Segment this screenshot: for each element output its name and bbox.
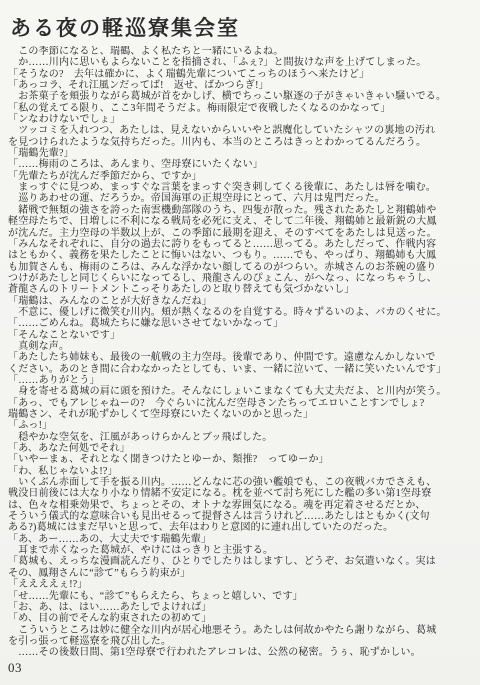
text-line: ある?)葛城にはまだ早いと思って、去年はわりと意図的に連れ出していたのだった。 (8, 522, 474, 533)
text-line: 「め、目の前でそんな約束されたの初めて」 (8, 613, 474, 624)
text-line: 「葛城も、えっちな漫画読んだり、ひとりでしたりはしますし、どうぞ、お気遣いなく。… (8, 556, 474, 567)
text-line: 「……ごめんね。葛城たちに嫌な思いさせてないかなって」 (8, 318, 474, 329)
text-line: 「せ……先輩にも、“診て”もらえたら、ちょっと嬉しい、です」 (8, 591, 474, 602)
text-line: 「ええええぇ!?」 (8, 579, 474, 590)
text-line: 「……ありがとう」 (8, 375, 474, 386)
text-line: 「ンなわけないでしょ」 (8, 114, 474, 125)
text-line: か……川内に思いもよらないことを指摘され、「ふぇ?」と間抜けな声を上げてしまった… (8, 57, 474, 68)
text-line: 「みんなそれぞれに、自分の過去に誇りをもってると……思ってる。あたしだって、作戦… (8, 239, 474, 250)
text-line: 「ふっ!」 (8, 420, 474, 431)
text-line: こういうところは妙に健全な川内が居心地悪そう。あたしは何故かやたら謝りながら、葛… (8, 625, 474, 636)
page-number: 03 (8, 660, 22, 676)
text-line: 「私の覚えてる限り、ここ3年間そうだよ。梅雨限定で夜戦したくなるのかなって」 (8, 103, 474, 114)
text-line: 「先輩たちが沈んだ季節だから、ですか」 (8, 171, 474, 182)
text-line: ください。あのとき間に合わなかったとしても、いま、一緒に泣いて、一緒に笑いたいん… (8, 364, 474, 375)
text-line: はともかく、義務を果たしたことに悔いはない、つもり。……でも、やっぱり、翔鶴姉も… (8, 250, 474, 261)
text-line: お茶菓子を頬張りながら葛城が首をかしげ、横でちっこい駆逐の子がきゃいきゃい騒いで… (8, 91, 474, 102)
text-line: 「あっコラ、それ江風ンだってば! 返せ、ばかつらぎ!」 (8, 80, 474, 91)
text-line: つけがあたしと同じくらいになってるし、飛龍さんのぴょこん、がへなっ、になっちゃう… (8, 273, 474, 284)
text-line: 「お、あ、は、はい……あたしでよければ」 (8, 602, 474, 613)
text-line: 「あ、あー……あの、大丈夫です瑞鶴先輩」 (8, 534, 474, 545)
text-line: いくぶん赤面して手を振る川内。……どんなに芯の強い艦娘でも、この夜戦バカでさえも… (8, 477, 474, 488)
text-line: 瑞鶴さン、それが恥ずかしくて空母寮にいたくないのかと思った」 (8, 409, 474, 420)
text-line: 穏やかな空気を、江風があっけらかんとブッ飛ばした。 (8, 432, 474, 443)
text-line: 戦没日前後には大なり小なり情緒不安定になる。枕を並べて討ち死にした艦の多い第1空… (8, 488, 474, 499)
text-line: を見つけられたような気持ちだった。川内も、本当のところはきっとわかってるんだろう… (8, 137, 474, 148)
text-line: 緒戦で無類の強さを誇った南雲機動部隊のうち、四隻が散った。残されたあたしと翔鶴姉… (8, 205, 474, 216)
story-text: この季節になると、瑞鶴、よく私たちと一緒にいるよね。 か……川内に思いもよらない… (8, 46, 474, 662)
text-line: 巡りあわせの運、だろうか。帝国海軍の正規空母にとって、六月は鬼門だった。 (8, 193, 474, 204)
text-line: 軽空母たちで、日増しに不利になる戦局を必死に支え、そして二年後、翔鶴姉と最新鋭の… (8, 216, 474, 227)
text-line: 「あっ、でもアレじゃねーの? 今ぐらいに沈んだ空母さンたちってエロいことすンでし… (8, 398, 474, 409)
text-line: を引っ張って軽巡寮を飛び出した。 (8, 636, 474, 647)
text-line: そういう儀式的な意味合いも見出せるって提督さんは言うけれど……あたしはともかく(… (8, 511, 474, 522)
text-line: が沈んだ。主力空母の半数以上が、この季節に最期を迎え、そのすべてをあたしは見送っ… (8, 228, 474, 239)
text-line: 「瑞鶴は、みんなのことが大好きなんだね」 (8, 296, 474, 307)
text-line: 不意に、優しげに微笑む川内。頬が熱くなるのを自覚する。時々ずるいのよ、バカのくせ… (8, 307, 474, 318)
text-line: 真剣な声。 (8, 341, 474, 352)
text-line: 「あ、あなた何処でそれ」 (8, 443, 474, 454)
text-line: ……その後数日間、第1空母寮で行われたアレコレは、公然の秘密。うぅ、恥ずかしい。 (8, 647, 474, 658)
text-line: その、鳳翔さんに“診て”もらう約束が」 (8, 568, 474, 579)
text-line: この季節になると、瑞鶴、よく私たちと一緒にいるよね。 (8, 46, 474, 57)
text-line: 「いやーまぁ、それとなく聞きつけたとゆーか、類推? ってゆーか」 (8, 454, 474, 465)
text-line: ツッコミを入れつつ、あたしは、見えないからいいやと誤魔化していたシャツの裏地の汚… (8, 125, 474, 136)
text-line: 「わ、私じゃないよ!?」 (8, 466, 474, 477)
text-line: 耳まで赤くなった葛城が、やけにはっきりと主張する。 (8, 545, 474, 556)
scanned-page: ある夜の軽巡寮集会室 この季節になると、瑞鶴、よく私たちと一緒にいるよね。 か…… (0, 0, 480, 685)
text-line: 身を寄せる葛城の肩に頭を預けた。そんなにしょいこまなくても大丈夫だよ、と川内が笑… (8, 386, 474, 397)
page-title: ある夜の軽巡寮集会室 (10, 12, 240, 42)
text-line: は、色々な相乗効果で、ちょっとその、オトナな雰囲気になる。魂を再定着させるだとか… (8, 500, 474, 511)
text-line: も加賀さんも、梅雨のころは、みんな浮かない顔してるのがつらい。赤城さんのお茶碗の… (8, 262, 474, 273)
text-line: 「……梅雨のころは、あんまり、空母寮にいたくない」 (8, 159, 474, 170)
text-line: 「そんなことないです」 (8, 330, 474, 341)
text-line: 蒼龍さんのトリートメントこっそりあたしのと取り替えても気づかないし」 (8, 284, 474, 295)
text-line: 「あたしたち姉妹も、最後の一航戦の主力空母。後輩であり、仲間です。遠慮なんかしな… (8, 352, 474, 363)
text-line: まっすぐに見つめ、まっすぐな言葉をまっすぐ突き刺してくる後輩に、あたしは唇を噛む… (8, 182, 474, 193)
text-line: 「瑞鶴先輩?」 (8, 148, 474, 159)
text-line: 「そうなの? 去年は確かに、よく瑞鶴先輩についてこっちのほうへ来たけど」 (8, 69, 474, 80)
